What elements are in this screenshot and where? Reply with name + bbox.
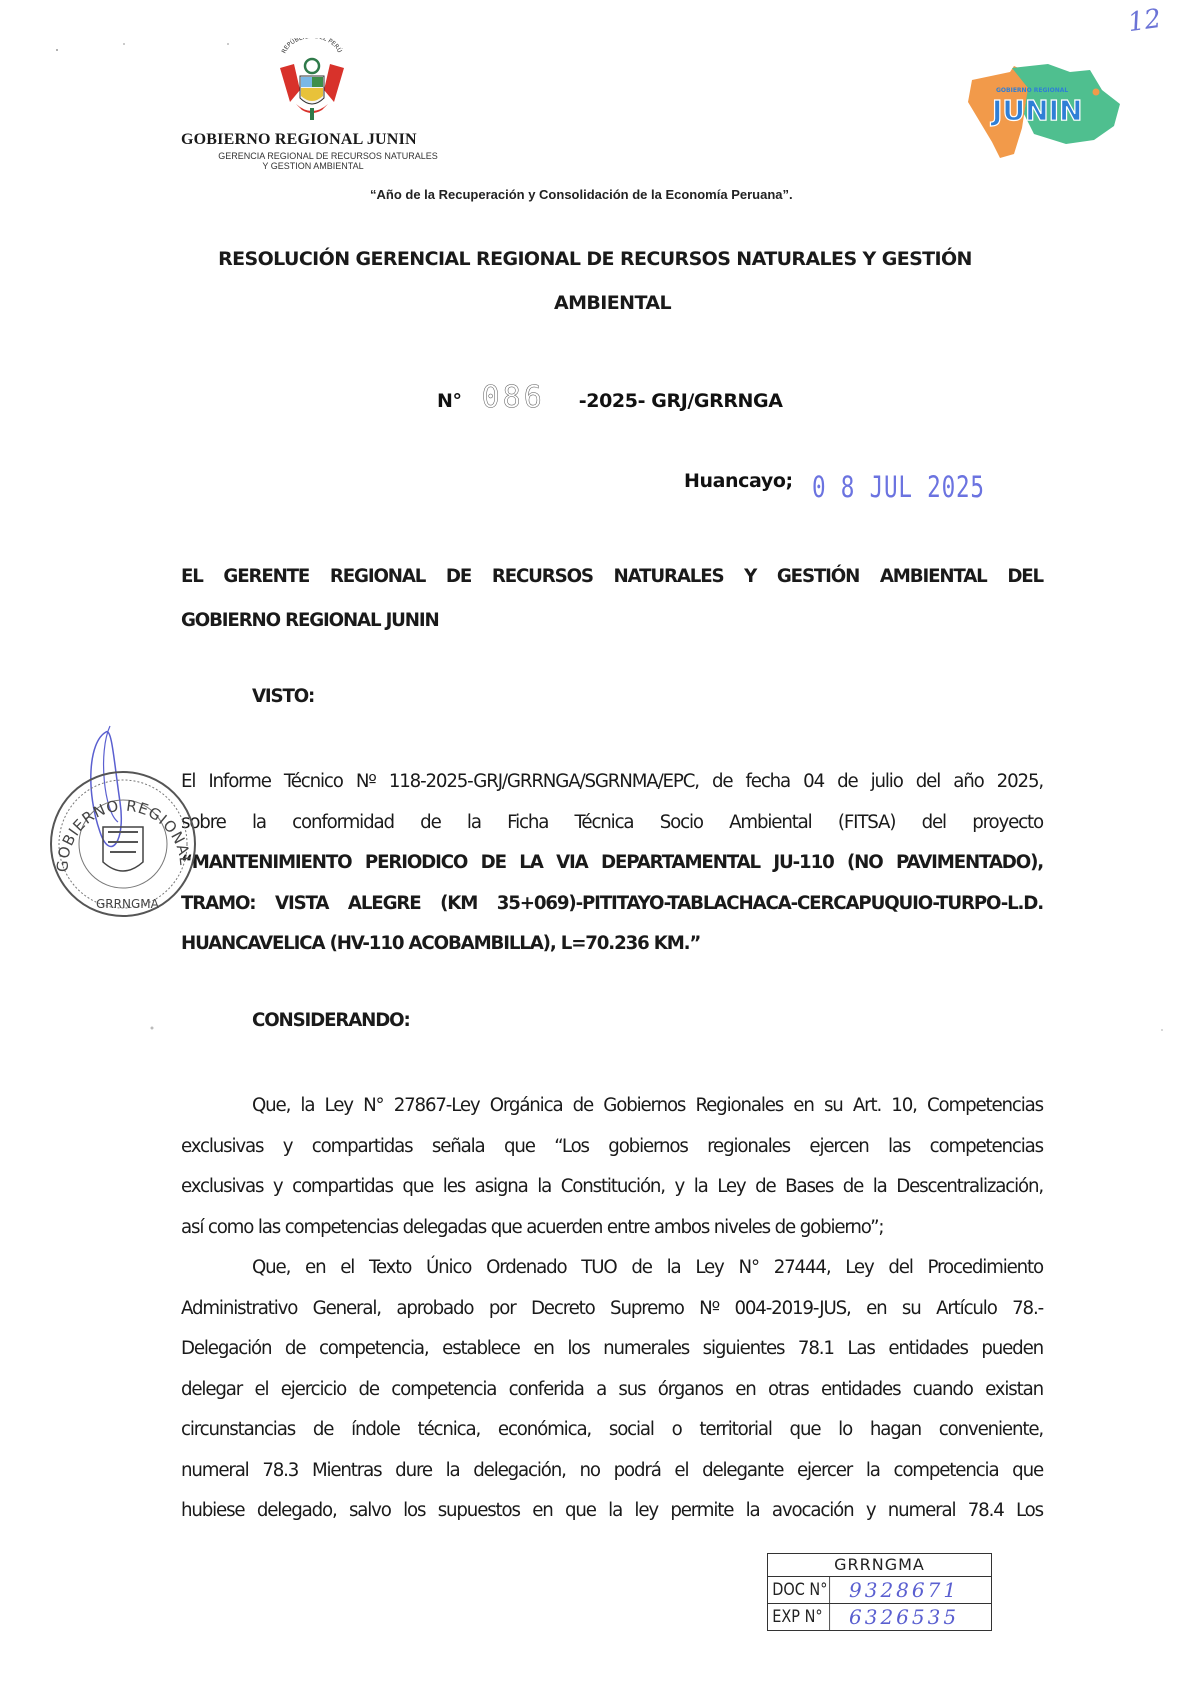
issuer-heading: EL GERENTE REGIONAL DE RECURSOS NATURALE… xyxy=(181,555,1043,643)
resolution-title-line1: RESOLUCIÓN GERENCIAL REGIONAL DE RECURSO… xyxy=(0,248,1190,270)
registry-exp-value: 6326535 xyxy=(841,1604,991,1630)
svg-text:REPÚBLICA DEL PERÚ: REPÚBLICA DEL PERÚ xyxy=(281,38,344,55)
resolution-number-value: 086 xyxy=(482,380,545,415)
visto-paragraph: El Informe Técnico Nº 118-2025-GRJ/GRRNG… xyxy=(181,762,1043,965)
svg-text:GOBIERNO REGIONAL JUNIN: GOBIERNO REGIONAL JUNIN xyxy=(48,722,194,872)
official-seal-icon: GOBIERNO REGIONAL JUNIN GRRNGMA xyxy=(48,722,198,932)
svg-text:GOBIERNO REGIONAL: GOBIERNO REGIONAL xyxy=(996,87,1068,94)
resolution-number-prefix: N° xyxy=(437,390,462,412)
project-name-line: “MANTENIMIENTO PERIODICO DE LA VIA DEPAR… xyxy=(181,843,1043,884)
paragraph-line: Delegación de competencia, establece en … xyxy=(181,1329,1043,1370)
registry-doc-row: DOC N° 9328671 xyxy=(768,1577,991,1604)
paragraph-line: Que, en el Texto Único Ordenado TUO de l… xyxy=(181,1248,1043,1289)
issuer-line1: EL GERENTE REGIONAL DE RECURSOS NATURALE… xyxy=(181,555,1043,599)
registry-stamp-header: GRRNGMA xyxy=(768,1554,991,1577)
paragraph-line: así como las competencias delegadas que … xyxy=(181,1208,1043,1249)
resolution-number: N° 086 -2025- GRJ/GRRNGA xyxy=(437,380,783,415)
org-name: GOBIERNO REGIONAL JUNIN xyxy=(181,131,417,149)
date-stamp: 0 8 JUL 2025 xyxy=(812,470,985,504)
registry-doc-label: DOC N° xyxy=(768,1577,830,1603)
junin-regional-logo-icon: GOBIERNO REGIONAL JUNIN xyxy=(962,62,1122,162)
visto-line: sobre la conformidad de la Ficha Técnica… xyxy=(181,803,1043,844)
registry-doc-value: 9328671 xyxy=(841,1577,991,1603)
svg-text:JUNIN: JUNIN xyxy=(990,94,1082,127)
paragraph-line: Que, la Ley N° 27867-Ley Orgánica de Gob… xyxy=(181,1086,1043,1127)
paragraph-line: circunstancias de índole técnica, económ… xyxy=(181,1410,1043,1451)
paragraph-line: exclusivas y compartidas señala que “Los… xyxy=(181,1127,1043,1168)
visto-line: El Informe Técnico Nº 118-2025-GRJ/GRRNG… xyxy=(181,762,1043,803)
svg-text:GRRNGMA: GRRNGMA xyxy=(96,897,160,911)
considerando-paragraph-2: Que, en el Texto Único Ordenado TUO de l… xyxy=(181,1248,1043,1532)
org-sub-line1: GERENCIA REGIONAL DE RECURSOS NATURALES xyxy=(203,151,453,161)
registry-stamp: GRRNGMA DOC N° 9328671 EXP N° 6326535 xyxy=(767,1553,992,1631)
year-motto: “Año de la Recuperación y Consolidación … xyxy=(370,187,793,202)
registry-exp-row: EXP N° 6326535 xyxy=(768,1604,991,1630)
resolution-title-line2: AMBIENTAL xyxy=(0,292,1190,314)
place-label: Huancayo; xyxy=(684,470,793,492)
registry-exp-label: EXP N° xyxy=(768,1604,830,1630)
considerando-label: CONSIDERANDO: xyxy=(252,1010,410,1031)
resolution-number-suffix: -2025- GRJ/GRRNGA xyxy=(579,390,783,412)
project-name-line: TRAMO: VISTA ALEGRE (KM 35+069)-PITITAYO… xyxy=(181,884,1043,925)
considerando-paragraph-1: Que, la Ley N° 27867-Ley Orgánica de Gob… xyxy=(181,1086,1043,1248)
paragraph-line: hubiese delegado, salvo los supuestos en… xyxy=(181,1491,1043,1532)
visto-label: VISTO: xyxy=(252,686,314,707)
peru-coat-of-arms-icon: REPÚBLICA DEL PERÚ xyxy=(276,38,348,124)
handwritten-page-number: 12 xyxy=(1126,4,1163,38)
org-subtitle: GERENCIA REGIONAL DE RECURSOS NATURALES … xyxy=(203,151,453,171)
paragraph-line: delegar el ejercicio de competencia conf… xyxy=(181,1370,1043,1411)
project-name-line: HUANCAVELICA (HV-110 ACOBAMBILLA), L=70.… xyxy=(181,924,1043,965)
org-sub-line2: Y GESTION AMBIENTAL xyxy=(173,161,453,171)
paragraph-line: exclusivas y compartidas que les asigna … xyxy=(181,1167,1043,1208)
issuer-line2: GOBIERNO REGIONAL JUNIN xyxy=(181,610,439,631)
paragraph-line: Administrativo General, aprobado por Dec… xyxy=(181,1289,1043,1330)
paragraph-line: numeral 78.3 Mientras dure la delegación… xyxy=(181,1451,1043,1492)
